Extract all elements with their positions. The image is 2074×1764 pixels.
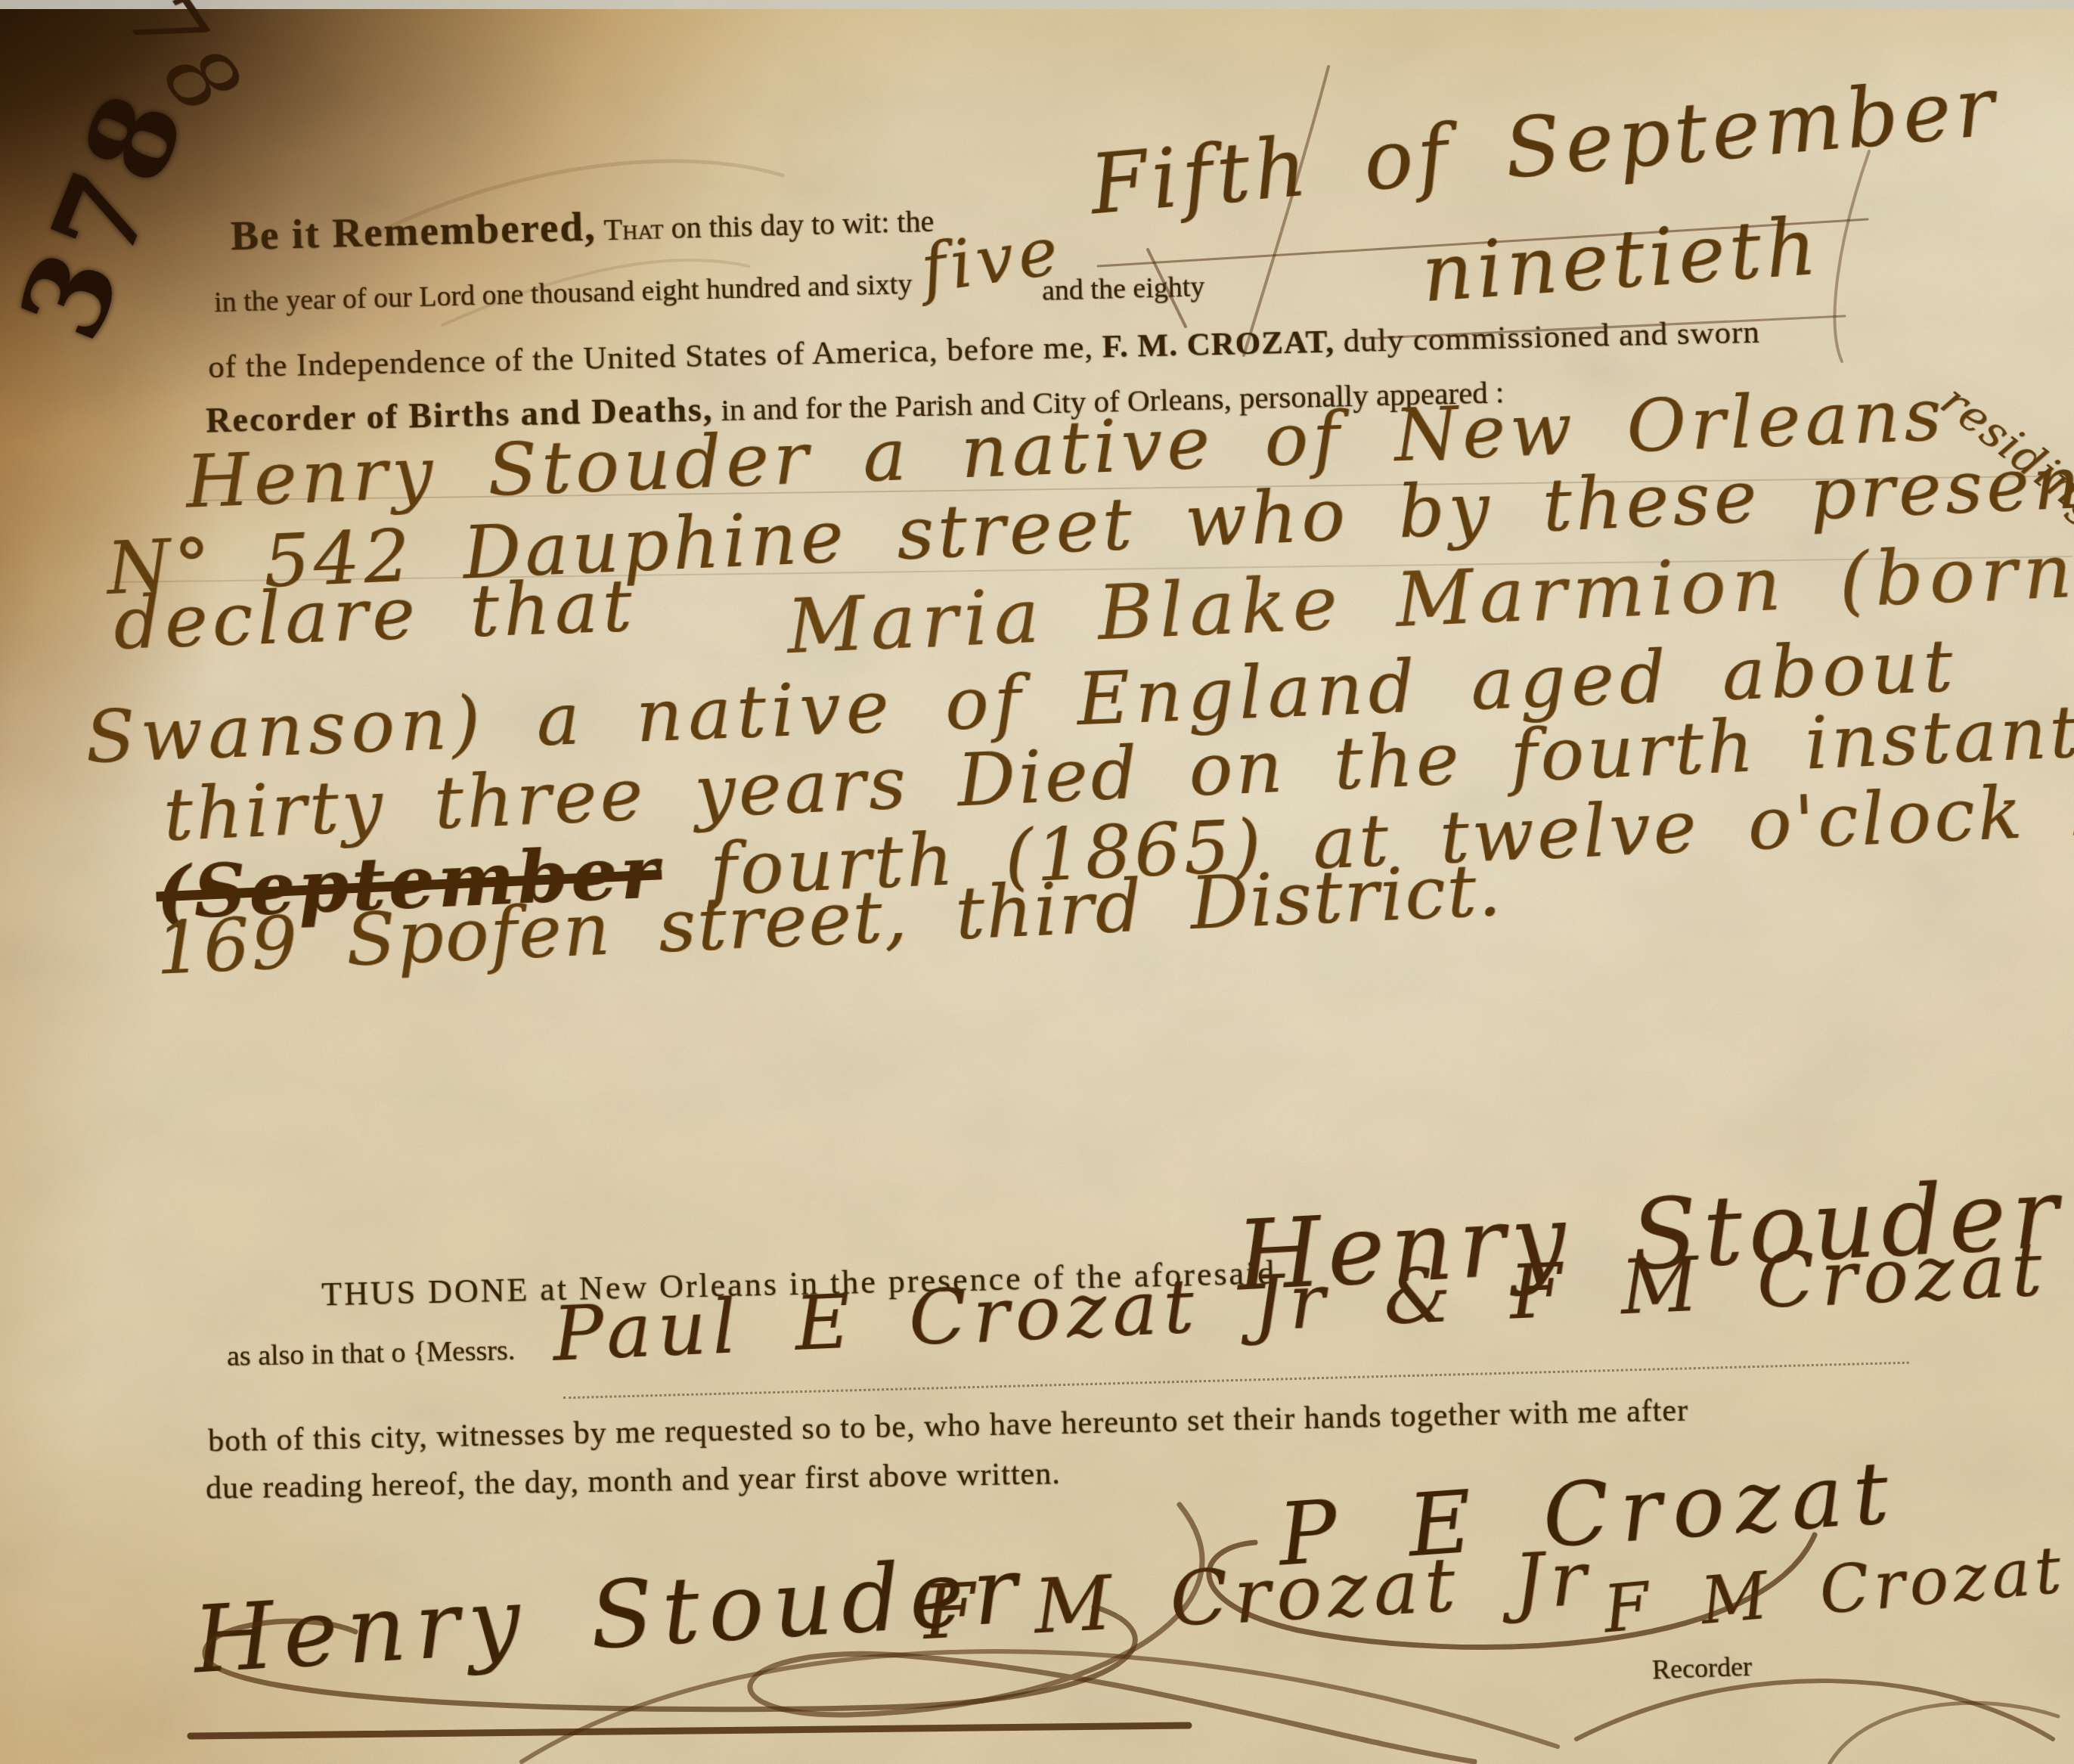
- be-it-remembered-text: Be it Remembered,: [230, 203, 597, 259]
- independence-line-b: duly commissioned and sworn: [1334, 315, 1760, 360]
- independence-line: of the Independence of the United States…: [208, 314, 1761, 386]
- independence-line-a: of the Independence of the United States…: [208, 329, 1103, 385]
- death-record-document: 378 378 Be it Remembered, That on this d…: [0, 0, 2074, 1764]
- recorder-flourish: [1576, 1681, 2053, 1739]
- recorder-label: Recorder: [1651, 1651, 1752, 1686]
- anniversary-handwritten: ninetieth: [1419, 207, 1823, 314]
- scanner-edge: [0, 0, 2074, 9]
- date-handwritten: Fifth of September: [1087, 67, 2002, 228]
- year-line-cont: and the eighty: [1041, 270, 1204, 308]
- that-smallcaps: That: [603, 211, 664, 246]
- folio-number-stamp: 378: [0, 71, 212, 358]
- declare-handwritten: declare that: [113, 569, 637, 660]
- year-line: in the year of our Lord one thousand eig…: [214, 268, 913, 319]
- witnesses-city-line: both of this city, witnesses by me reque…: [208, 1393, 1689, 1460]
- signature-bottom-rule: [191, 1725, 1189, 1736]
- messrs-line: as also in that o {Messrs.: [227, 1334, 516, 1373]
- signature-henry-stouder: Henry Stouder: [191, 1543, 1028, 1686]
- due-reading-line: due reading hereof, the day, month and y…: [206, 1456, 1061, 1507]
- recorder-officer-name: F. M. CROZAT,: [1102, 324, 1335, 364]
- preamble-line-1-rest: on this day to wit: the: [663, 204, 935, 245]
- preamble-line-1: Be it Remembered, That on this day to wi…: [230, 194, 935, 259]
